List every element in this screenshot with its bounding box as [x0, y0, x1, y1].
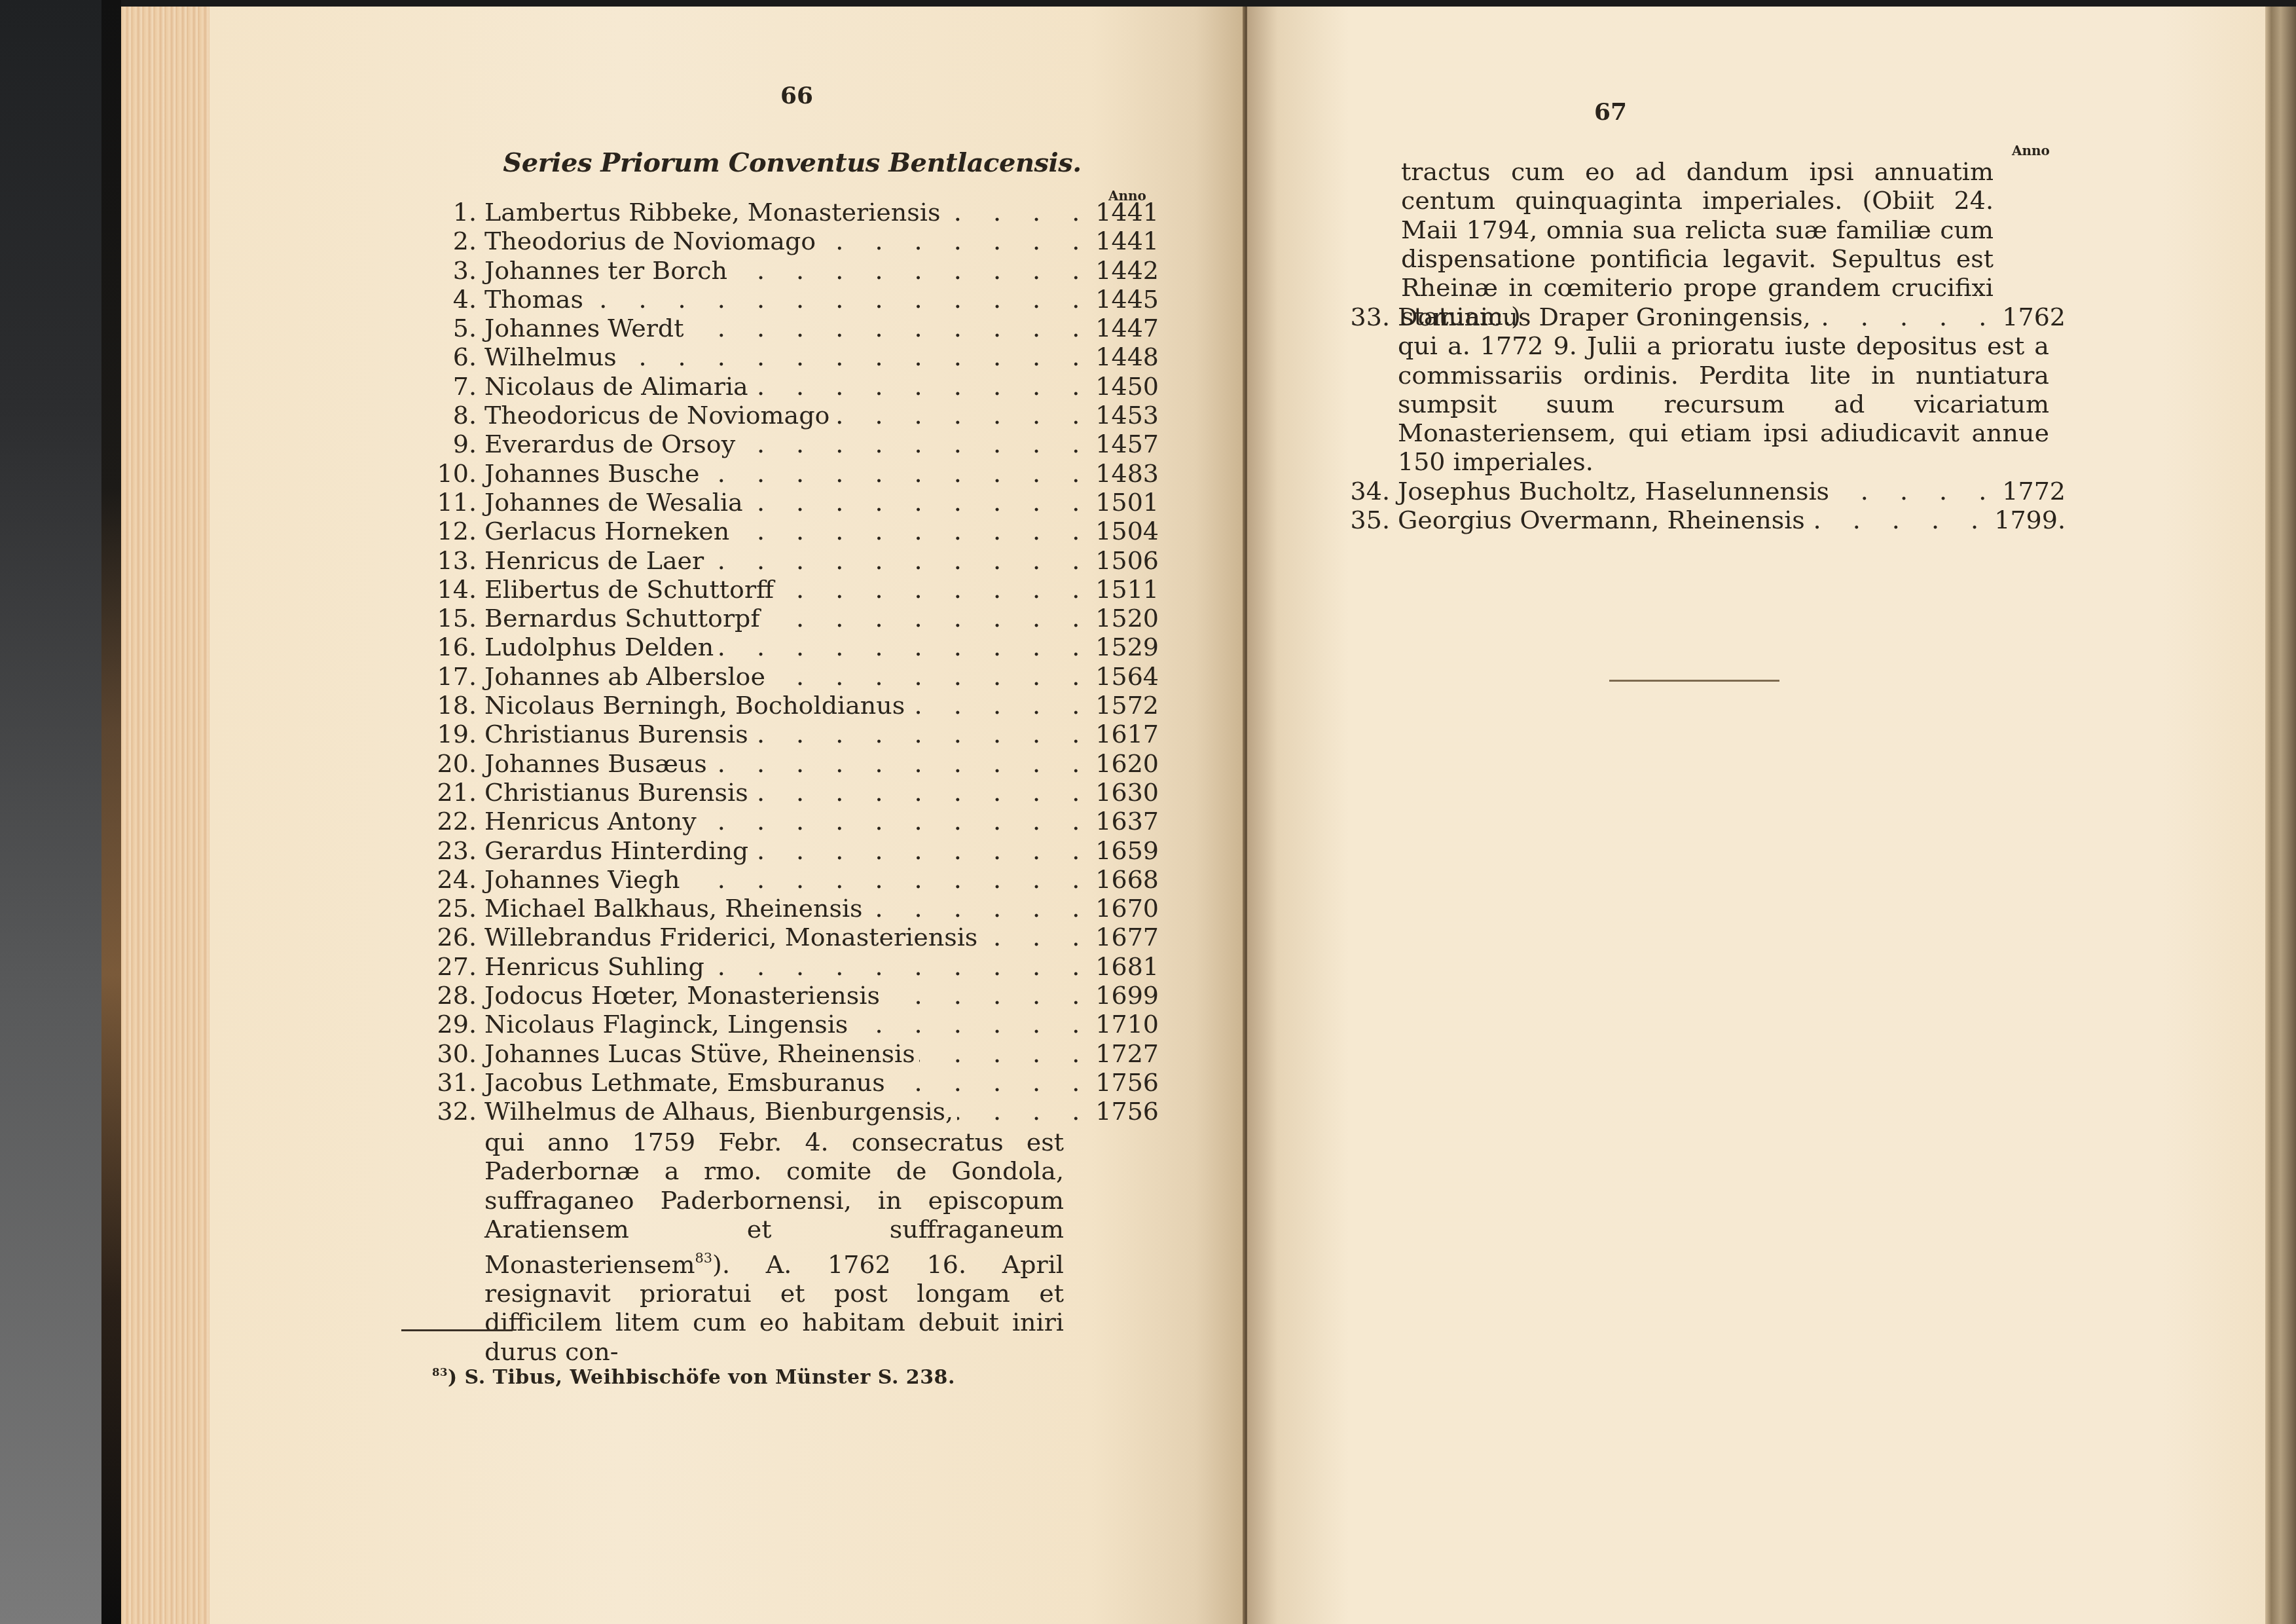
entry-number: 17. [426, 662, 484, 691]
entry-number: 20. [426, 749, 484, 778]
leader-dots: . . . . . . . . . . . . . . . . . . . . … [884, 981, 1091, 1010]
list-item: 21.Christianus Burensis. . . . . . . . .… [426, 778, 1159, 807]
entry-number: 32. [426, 1097, 484, 1126]
list-item: 30.Johannes Lucas Stüve, Rheinensis. . .… [426, 1039, 1159, 1068]
entry-year: 1756 [1095, 1097, 1159, 1126]
list-item: 1.Lambertus Ribbeke, Monasteriensis. . .… [426, 198, 1159, 227]
prior-name: Wilhelmus de Alhaus, Bienburgensis, [484, 1097, 953, 1126]
prior-name: Willebrandus Friderici, Monasteriensis [484, 923, 977, 951]
prior-name: Henricus Antony [484, 807, 697, 836]
leader-dots: . . . . . . . . . . . . . . . . . . . . … [833, 401, 1091, 430]
page-edges-stack [121, 5, 210, 1624]
entry-year: 1457 [1095, 430, 1159, 458]
entry-year: 1630 [1095, 778, 1159, 807]
prior-name: Johannes Lucas Stüve, Rheinensis [484, 1039, 915, 1068]
leader-dots: . . . . . . . . . . . . . . . . . . . . … [708, 952, 1091, 981]
prior-name: Christianus Burensis [484, 720, 748, 748]
entry-year: 1529 [1095, 633, 1159, 661]
priors-list-right: 33.Dominicus Draper Groningensis,. . . .… [1339, 303, 2066, 534]
entry-number: 11. [426, 488, 484, 517]
entry-number: 22. [426, 807, 484, 836]
prior-name: Gerlacus Horneken [484, 517, 729, 545]
leader-dots: . . . . . . . . . . . . . . . . . . . . … [687, 314, 1091, 342]
entry-number: 15. [426, 604, 484, 633]
prior-name: Michael Balkhaus, Rheinensis [484, 894, 863, 923]
entry-number: 8. [426, 401, 484, 430]
leader-dots: . . . . . . . . . . . . . . . . . . . . … [752, 372, 1092, 401]
entry-year: 1756 [1095, 1068, 1159, 1097]
list-item: 25.Michael Balkhaus, Rheinensis. . . . .… [426, 894, 1159, 923]
leader-dots: . . . . . . . . . . . . . . . . . . . . … [820, 227, 1091, 255]
entry-year: 1710 [1095, 1010, 1159, 1039]
leader-dots: . . . . . . . . . . . . . . . . . . . . … [764, 604, 1092, 633]
leader-dots: . . . . . . . . . . . . . . . . . . . . … [752, 720, 1092, 748]
list-item: 12.Gerlacus Horneken. . . . . . . . . . … [426, 517, 1159, 545]
leader-dots: . . . . . . . . . . . . . . . . . . . . … [909, 691, 1091, 720]
prior-name: Jodocus Hœter, Monasteriensis [484, 981, 880, 1010]
leader-dots: . . . . . . . . . . . . . . . . . . . . … [701, 807, 1092, 836]
list-item: 3.Johannes ter Borch. . . . . . . . . . … [426, 256, 1159, 285]
entry-year: 1442 [1095, 256, 1159, 285]
prior-name: Ludolphus Delden [484, 633, 714, 661]
entry-year: 1670 [1095, 894, 1159, 923]
entry-number: 1. [426, 198, 484, 227]
list-item: 34.Josephus Bucholtz, Haselunnensis. . .… [1339, 477, 2066, 506]
book-cover-edge [101, 0, 121, 1624]
list-item: 16.Ludolphus Delden. . . . . . . . . . .… [426, 633, 1159, 661]
list-item: 18.Nicolaus Berningh, Bocholdianus. . . … [426, 691, 1159, 720]
year-column-header-right: Anno [2012, 143, 2050, 158]
entry-number: 19. [426, 720, 484, 748]
list-item: 14.Elibertus de Schuttorff. . . . . . . … [426, 575, 1159, 604]
prior-name: Nicolaus Berningh, Bocholdianus [484, 691, 905, 720]
entry-note: qui a. 1772 9. Julii a prioratu iuste de… [1339, 331, 2049, 476]
entry-number: 18. [426, 691, 484, 720]
entry-year: 1620 [1095, 749, 1159, 778]
entry-number: 16. [426, 633, 484, 661]
leader-dots: . . . . . . . . . . . . . . . . . . . . … [739, 430, 1091, 458]
prior-name: Johannes de Wesalia [484, 488, 743, 517]
entry-number: 12. [426, 517, 484, 545]
entry-year: 1564 [1095, 662, 1159, 691]
right-page-edge [2265, 7, 2296, 1624]
list-item: 27.Henricus Suhling. . . . . . . . . . .… [426, 952, 1159, 981]
list-item: 2.Theodorius de Noviomago. . . . . . . .… [426, 227, 1159, 255]
prior-name: Josephus Bucholtz, Haselunnensis [1398, 477, 1829, 506]
top-shadow-edge [121, 0, 2296, 7]
leader-dots: . . . . . . . . . . . . . . . . . . . . … [1809, 506, 1990, 534]
entry-number: 3. [426, 256, 484, 285]
leader-dots: . . . . . . . . . . . . . . . . . . . . … [733, 517, 1091, 545]
entry-year: 1681 [1095, 952, 1159, 981]
prior-name: Henricus Suhling [484, 952, 704, 981]
entry-number: 2. [426, 227, 484, 255]
prior-name: Everardus de Orsoy [484, 430, 735, 458]
entry-year: 1447 [1095, 314, 1159, 342]
prior-name: Bernardus Schuttorpf [484, 604, 760, 633]
leader-dots: . . . . . . . . . . . . . . . . . . . . … [587, 285, 1091, 314]
entry-year: 1637 [1095, 807, 1159, 836]
prior-name: Gerardus Hinterding [484, 836, 748, 865]
entry-number: 23. [426, 836, 484, 865]
leader-dots: . . . . . . . . . . . . . . . . . . . . … [718, 633, 1091, 661]
entry-year: 1506 [1095, 546, 1159, 575]
entry-year: 1799. [1994, 506, 2066, 534]
prior-name: Elibertus de Schuttorff [484, 575, 774, 604]
prior-name: Christianus Burensis [484, 778, 748, 807]
list-item: 29.Nicolaus Flaginck, Lingensis. . . . .… [426, 1010, 1159, 1039]
entry-year: 1677 [1095, 923, 1159, 951]
leader-dots: . . . . . . . . . . . . . . . . . . . . … [731, 256, 1091, 285]
page-title: Series Priorum Conventus Bentlacensis. [419, 147, 1165, 178]
prior-name: Henricus de Laer [484, 546, 704, 575]
prior-name: Jacobus Lethmate, Emsburanus [484, 1068, 885, 1097]
prior-name: Wilhelmus [484, 342, 617, 371]
entry-number: 9. [426, 430, 484, 458]
prior-name: Johannes ter Borch [484, 256, 727, 285]
entry-number: 13. [426, 546, 484, 575]
list-item: 19.Christianus Burensis. . . . . . . . .… [426, 720, 1159, 748]
footnote-reference[interactable]: 83 [695, 1250, 712, 1266]
list-item: 33.Dominicus Draper Groningensis,. . . .… [1339, 303, 2066, 331]
leader-dots: . . . . . . . . . . . . . . . . . . . . … [752, 836, 1091, 865]
list-item: 35.Georgius Overmann, Rheinensis. . . . … [1339, 506, 2066, 534]
prior-name: Thomas [484, 285, 583, 314]
leader-dots: . . . . . . . . . . . . . . . . . . . . … [1815, 303, 1998, 331]
list-item: 9.Everardus de Orsoy. . . . . . . . . . … [426, 430, 1159, 458]
leader-dots: . . . . . . . . . . . . . . . . . . . . … [867, 894, 1092, 923]
entry-year: 1617 [1095, 720, 1159, 748]
leader-dots: . . . . . . . . . . . . . . . . . . . . … [621, 342, 1091, 371]
entry-year: 1727 [1095, 1039, 1159, 1068]
entry-year: 1762 [2002, 303, 2066, 331]
entry-number: 33. [1339, 303, 1398, 331]
leader-dots: . . . . . . . . . . . . . . . . . . . . … [944, 198, 1091, 227]
entry-year: 1668 [1095, 865, 1159, 894]
list-item: 24.Johannes Viegh. . . . . . . . . . . .… [426, 865, 1159, 894]
entry-number: 31. [426, 1068, 484, 1097]
section-divider-rule [1609, 680, 1779, 682]
priors-list-left: 1.Lambertus Ribbeke, Monasteriensis. . .… [426, 198, 1159, 1126]
list-item: 32.Wilhelmus de Alhaus, Bienburgensis,. … [426, 1097, 1159, 1126]
list-item: 4.Thomas. . . . . . . . . . . . . . . . … [426, 285, 1159, 314]
list-item: 28.Jodocus Hœter, Monasteriensis. . . . … [426, 981, 1159, 1010]
list-item: 8.Theodoricus de Noviomago. . . . . . . … [426, 401, 1159, 430]
entry-number: 29. [426, 1010, 484, 1039]
leader-dots: . . . . . . . . . . . . . . . . . . . . … [683, 865, 1091, 894]
prior-name: Johannes Viegh [484, 865, 680, 894]
list-item: 26.Willebrandus Friderici, Monasteriensi… [426, 923, 1159, 951]
entry-32-note: qui anno 1759 Febr. 4. consecratus est P… [484, 1128, 1064, 1366]
entry-number: 24. [426, 865, 484, 894]
prior-name: Dominicus Draper Groningensis, [1398, 303, 1811, 331]
entry-year: 1520 [1095, 604, 1159, 633]
prior-name: Johannes Busche [484, 459, 699, 488]
leader-dots: . . . . . . . . . . . . . . . . . . . . … [769, 662, 1091, 691]
leader-dots: . . . . . . . . . . . . . . . . . . . . … [1833, 477, 1998, 506]
prior-name: Johannes ab Albersloe [484, 662, 765, 691]
leader-dots: . . . . . . . . . . . . . . . . . . . . … [852, 1010, 1091, 1039]
list-item: 23.Gerardus Hinterding. . . . . . . . . … [426, 836, 1159, 865]
prior-name: Johannes Werdt [484, 314, 683, 342]
entry-number: 5. [426, 314, 484, 342]
entry-number: 34. [1339, 477, 1398, 506]
entry-year: 1511 [1095, 575, 1159, 604]
entry-number: 4. [426, 285, 484, 314]
prior-name: Lambertus Ribbeke, Monasteriensis [484, 198, 940, 227]
entry-number: 25. [426, 894, 484, 923]
entry-number: 6. [426, 342, 484, 371]
footnote-text: ) S. Tibus, Weihbischöfe von Münster S. … [448, 1366, 955, 1389]
leader-dots: . . . . . . . . . . . . . . . . . . . . … [778, 575, 1091, 604]
leader-dots: . . . . . . . . . . . . . . . . . . . . … [981, 923, 1091, 951]
entry-year: 1450 [1095, 372, 1159, 401]
prior-name: Johannes Busæus [484, 749, 707, 778]
entry-year: 1504 [1095, 517, 1159, 545]
entry-number: 35. [1339, 506, 1398, 534]
entry-number: 26. [426, 923, 484, 951]
list-item: 11.Johannes de Wesalia. . . . . . . . . … [426, 488, 1159, 517]
prior-name: Nicolaus de Alimaria [484, 372, 748, 401]
entry-number: 14. [426, 575, 484, 604]
leader-dots: . . . . . . . . . . . . . . . . . . . . … [919, 1039, 1092, 1068]
leader-dots: . . . . . . . . . . . . . . . . . . . . … [708, 546, 1091, 575]
list-item: 17.Johannes ab Albersloe. . . . . . . . … [426, 662, 1159, 691]
leader-dots: . . . . . . . . . . . . . . . . . . . . … [889, 1068, 1091, 1097]
footnote-rule [401, 1329, 513, 1331]
entry-year: 1572 [1095, 691, 1159, 720]
list-item: 20.Johannes Busæus. . . . . . . . . . . … [426, 749, 1159, 778]
footnote: 83) S. Tibus, Weihbischöfe von Münster S… [432, 1366, 955, 1389]
list-item: 22.Henricus Antony. . . . . . . . . . . … [426, 807, 1159, 836]
prior-name: Theodoricus de Noviomago [484, 401, 829, 430]
entry-year: 1699 [1095, 981, 1159, 1010]
scanner-background [0, 0, 105, 1624]
entry-year: 1441 [1095, 227, 1159, 255]
prior-name: Nicolaus Flaginck, Lingensis [484, 1010, 848, 1039]
entry-number: 10. [426, 459, 484, 488]
leader-dots: . . . . . . . . . . . . . . . . . . . . … [747, 488, 1092, 517]
leader-dots: . . . . . . . . . . . . . . . . . . . . … [711, 749, 1091, 778]
entry-number: 21. [426, 778, 484, 807]
entry-number: 30. [426, 1039, 484, 1068]
page-number-left: 66 [757, 82, 836, 109]
entry-year: 1772 [2002, 477, 2066, 506]
prior-name: Georgius Overmann, Rheinensis [1398, 506, 1805, 534]
list-item: 13.Henricus de Laer. . . . . . . . . . .… [426, 546, 1159, 575]
entry-year: 1441 [1095, 198, 1159, 227]
leader-dots: . . . . . . . . . . . . . . . . . . . . … [957, 1097, 1091, 1126]
entry-year: 1501 [1095, 488, 1159, 517]
list-item: 6.Wilhelmus. . . . . . . . . . . . . . .… [426, 342, 1159, 371]
entry-year: 1445 [1095, 285, 1159, 314]
list-item: 10.Johannes Busche. . . . . . . . . . . … [426, 459, 1159, 488]
entry-year: 1448 [1095, 342, 1159, 371]
footnote-marker: 83 [432, 1366, 448, 1378]
leader-dots: . . . . . . . . . . . . . . . . . . . . … [752, 778, 1092, 807]
list-item: 15.Bernardus Schuttorpf. . . . . . . . .… [426, 604, 1159, 633]
entry-year: 1453 [1095, 401, 1159, 430]
list-item: 31.Jacobus Lethmate, Emsburanus. . . . .… [426, 1068, 1159, 1097]
list-item: 7.Nicolaus de Alimaria. . . . . . . . . … [426, 372, 1159, 401]
page-number-right: 67 [1571, 98, 1650, 126]
entry-year: 1483 [1095, 459, 1159, 488]
prior-name: Theodorius de Noviomago [484, 227, 816, 255]
leader-dots: . . . . . . . . . . . . . . . . . . . . … [703, 459, 1091, 488]
entry-year: 1659 [1095, 836, 1159, 865]
entry-number: 27. [426, 952, 484, 981]
list-item: 5.Johannes Werdt. . . . . . . . . . . . … [426, 314, 1159, 342]
entry-number: 28. [426, 981, 484, 1010]
entry-number: 7. [426, 372, 484, 401]
